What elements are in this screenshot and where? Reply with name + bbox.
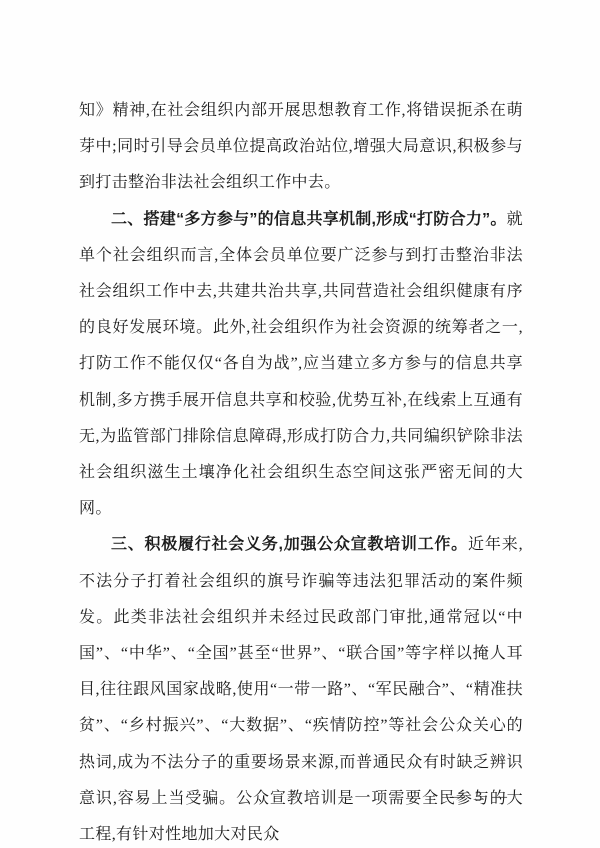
document-body: 知》精神,在社会组织内部开展思想教育工作,将错误扼杀在萌芽中;同时引导会员单位提…: [79, 93, 523, 848]
paragraph-section-2: 二、搭建“多方参与”的信息共享机制,形成“打防合力”。就单个社会组织而言,全体会…: [79, 202, 523, 528]
section-heading: 三、积极履行社会义务,加强公众宣教培训工作。: [111, 536, 468, 553]
paragraph-text: 就单个社会组织而言,全体会员单位要广泛参与到打击整治非法社会组织工作中去,共建共…: [79, 211, 523, 518]
section-heading: 二、搭建“多方参与”的信息共享机制,形成“打防合力”。: [111, 211, 507, 228]
document-page: 知》精神,在社会组织内部开展思想教育工作,将错误扼杀在萌芽中;同时引导会员单位提…: [0, 0, 600, 848]
paragraph-continuation: 知》精神,在社会组织内部开展思想教育工作,将错误扼杀在萌芽中;同时引导会员单位提…: [79, 93, 523, 202]
paragraph-text: 知》精神,在社会组织内部开展思想教育工作,将错误扼杀在萌芽中;同时引导会员单位提…: [79, 102, 523, 191]
page-number: — 3 —: [450, 789, 510, 806]
